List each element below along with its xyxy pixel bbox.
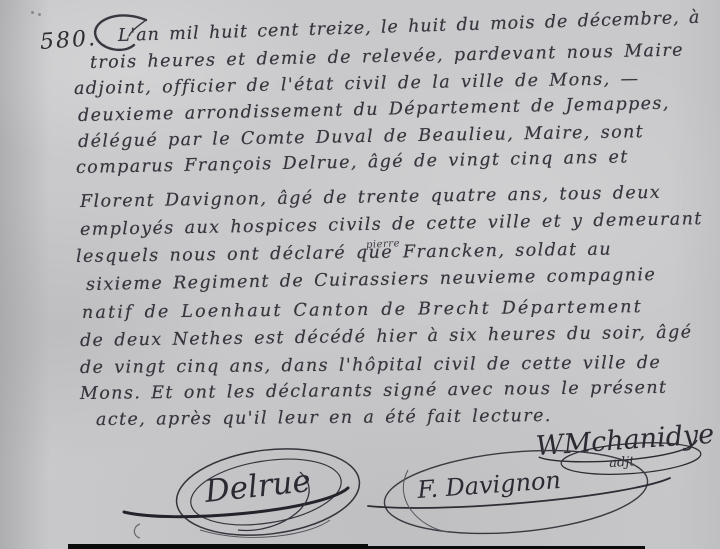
scanned-document-page: 580. L'an mil huit cent treize, le huit … xyxy=(0,0,720,549)
declarant-signature-name: Delrue xyxy=(202,463,312,510)
handwriting-flourish-layer: WMchanidye adjt Delrue F. Davignon xyxy=(0,0,720,549)
opening-flourish-icon xyxy=(95,15,146,49)
declarant-signature-name: F. Davignon xyxy=(415,466,561,504)
stray-pen-mark xyxy=(134,524,140,538)
official-signature: WMchanidye adjt xyxy=(535,419,717,480)
scan-edge-artifact xyxy=(68,544,368,549)
declarant-signature-delrue: Delrue xyxy=(124,439,364,545)
